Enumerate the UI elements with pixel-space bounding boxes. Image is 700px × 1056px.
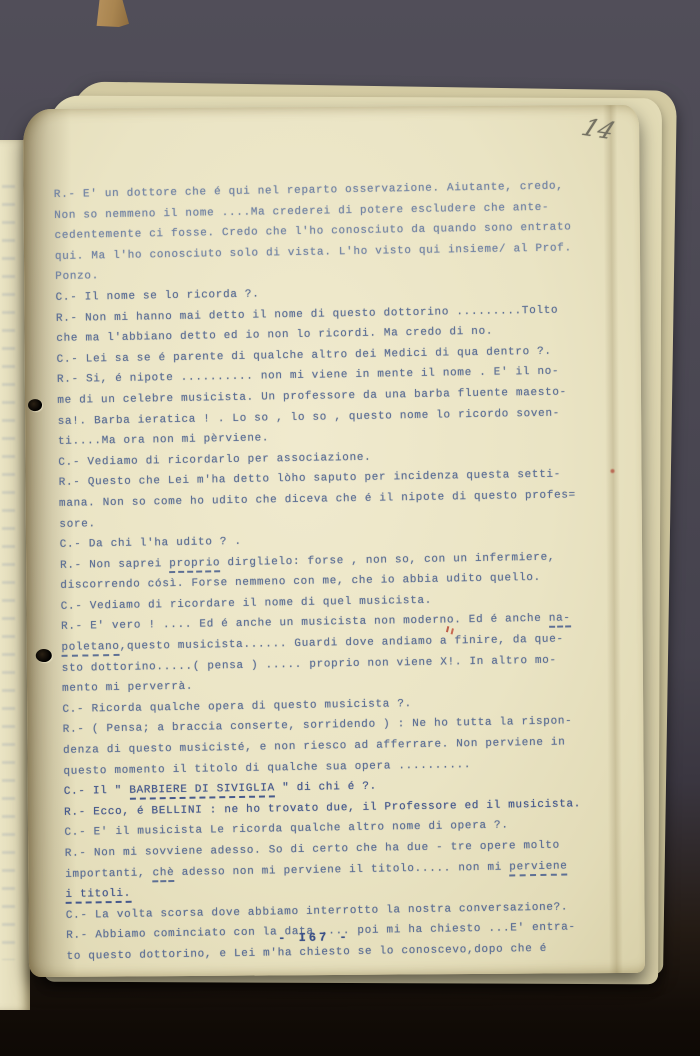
- underlined-typed-word: perviene: [509, 860, 567, 876]
- typed-segment: questo momento il titolo di qualche sua …: [63, 759, 471, 778]
- typed-segment: discorrendo cósì. Forse nemmeno con me, …: [60, 572, 541, 592]
- photographed-typescript-scene: 14 R.- E' un dottore che é qui nel repar…: [0, 0, 700, 1056]
- typed-segment: C.- Vediamo di ricordarlo per associazio…: [58, 451, 371, 468]
- underlined-typed-word: na-: [549, 613, 571, 628]
- typed-segment: C.- Vediamo di ricordare il nome di quel…: [61, 595, 432, 613]
- underlined-typed-word: i titoli.: [65, 888, 131, 904]
- show-through-text-smudges: [2, 170, 15, 960]
- wooden-peg: [93, 0, 129, 27]
- page-number: - I67 -: [278, 930, 350, 945]
- typed-segment: sto dottorino.....( pensa ) ..... propri…: [62, 654, 557, 674]
- underlined-typed-word: chè: [152, 867, 174, 882]
- red-ink-mark: [611, 469, 615, 473]
- typed-segment: mana. Non so come ho udito che diceva ch…: [59, 489, 576, 510]
- typed-segment: adesso non mi perviene il titolo..... no…: [174, 861, 509, 879]
- typed-segment: importanti,: [65, 867, 153, 880]
- typed-segment: ti....Ma ora non mi pèrviene.: [58, 433, 269, 448]
- typed-segment: " di chi é ?.: [275, 781, 377, 795]
- typed-segment: che ma l'abbiano detto ed io non lo rico…: [56, 326, 493, 345]
- typed-segment: Ponzo.: [55, 271, 99, 284]
- typed-segment: sa!. Barba ieratica ! . Lo so , lo so , …: [58, 407, 561, 427]
- typed-lines: R.- E' un dottore che é qui nel reparto …: [54, 176, 635, 968]
- typed-segment: dirglielo: forse , non so, con un inferm…: [220, 551, 555, 569]
- typed-segment: C.- Da chi l'ha udito ? .: [60, 536, 242, 551]
- typed-segment: ,questo musicista...... Guardi dove andi…: [120, 634, 564, 653]
- typed-segment: C.- E' il musicista Le ricorda qualche a…: [64, 820, 508, 839]
- typed-segment: R.- Non mi sovviene adesso. So di certo …: [65, 840, 560, 860]
- typed-segment: mento mi perverrà.: [62, 681, 193, 695]
- typed-segment: qui. Ma l'ho conosciuto solo di vista. L…: [55, 242, 572, 263]
- typed-segment: C.- Ricorda qualche opera di questo musi…: [62, 698, 412, 716]
- typed-segment: C.- Il ": [64, 785, 130, 798]
- typed-segment: to questo dottorino, e Lei m'ha chiesto …: [66, 943, 547, 963]
- typed-segment: sore.: [59, 518, 96, 531]
- underlined-typed-word: poletano: [61, 641, 119, 657]
- typed-segment: C.- Il nome se lo ricorda ?.: [56, 289, 260, 304]
- underlined-typed-word: proprio: [169, 557, 220, 573]
- binding-hole: [36, 649, 52, 662]
- underlined-typed-word: BARBIERE DI SIVIGLIA: [129, 783, 275, 800]
- binding-hole: [28, 399, 42, 411]
- typed-segment: R.- Non saprei: [60, 558, 169, 572]
- typed-text-block: R.- E' un dottore che é qui nel reparto …: [53, 152, 635, 978]
- typescript-page: 14 R.- E' un dottore che é qui nel repar…: [23, 105, 645, 977]
- typed-segment: denza di questo musicisté, e non riesco …: [63, 737, 566, 757]
